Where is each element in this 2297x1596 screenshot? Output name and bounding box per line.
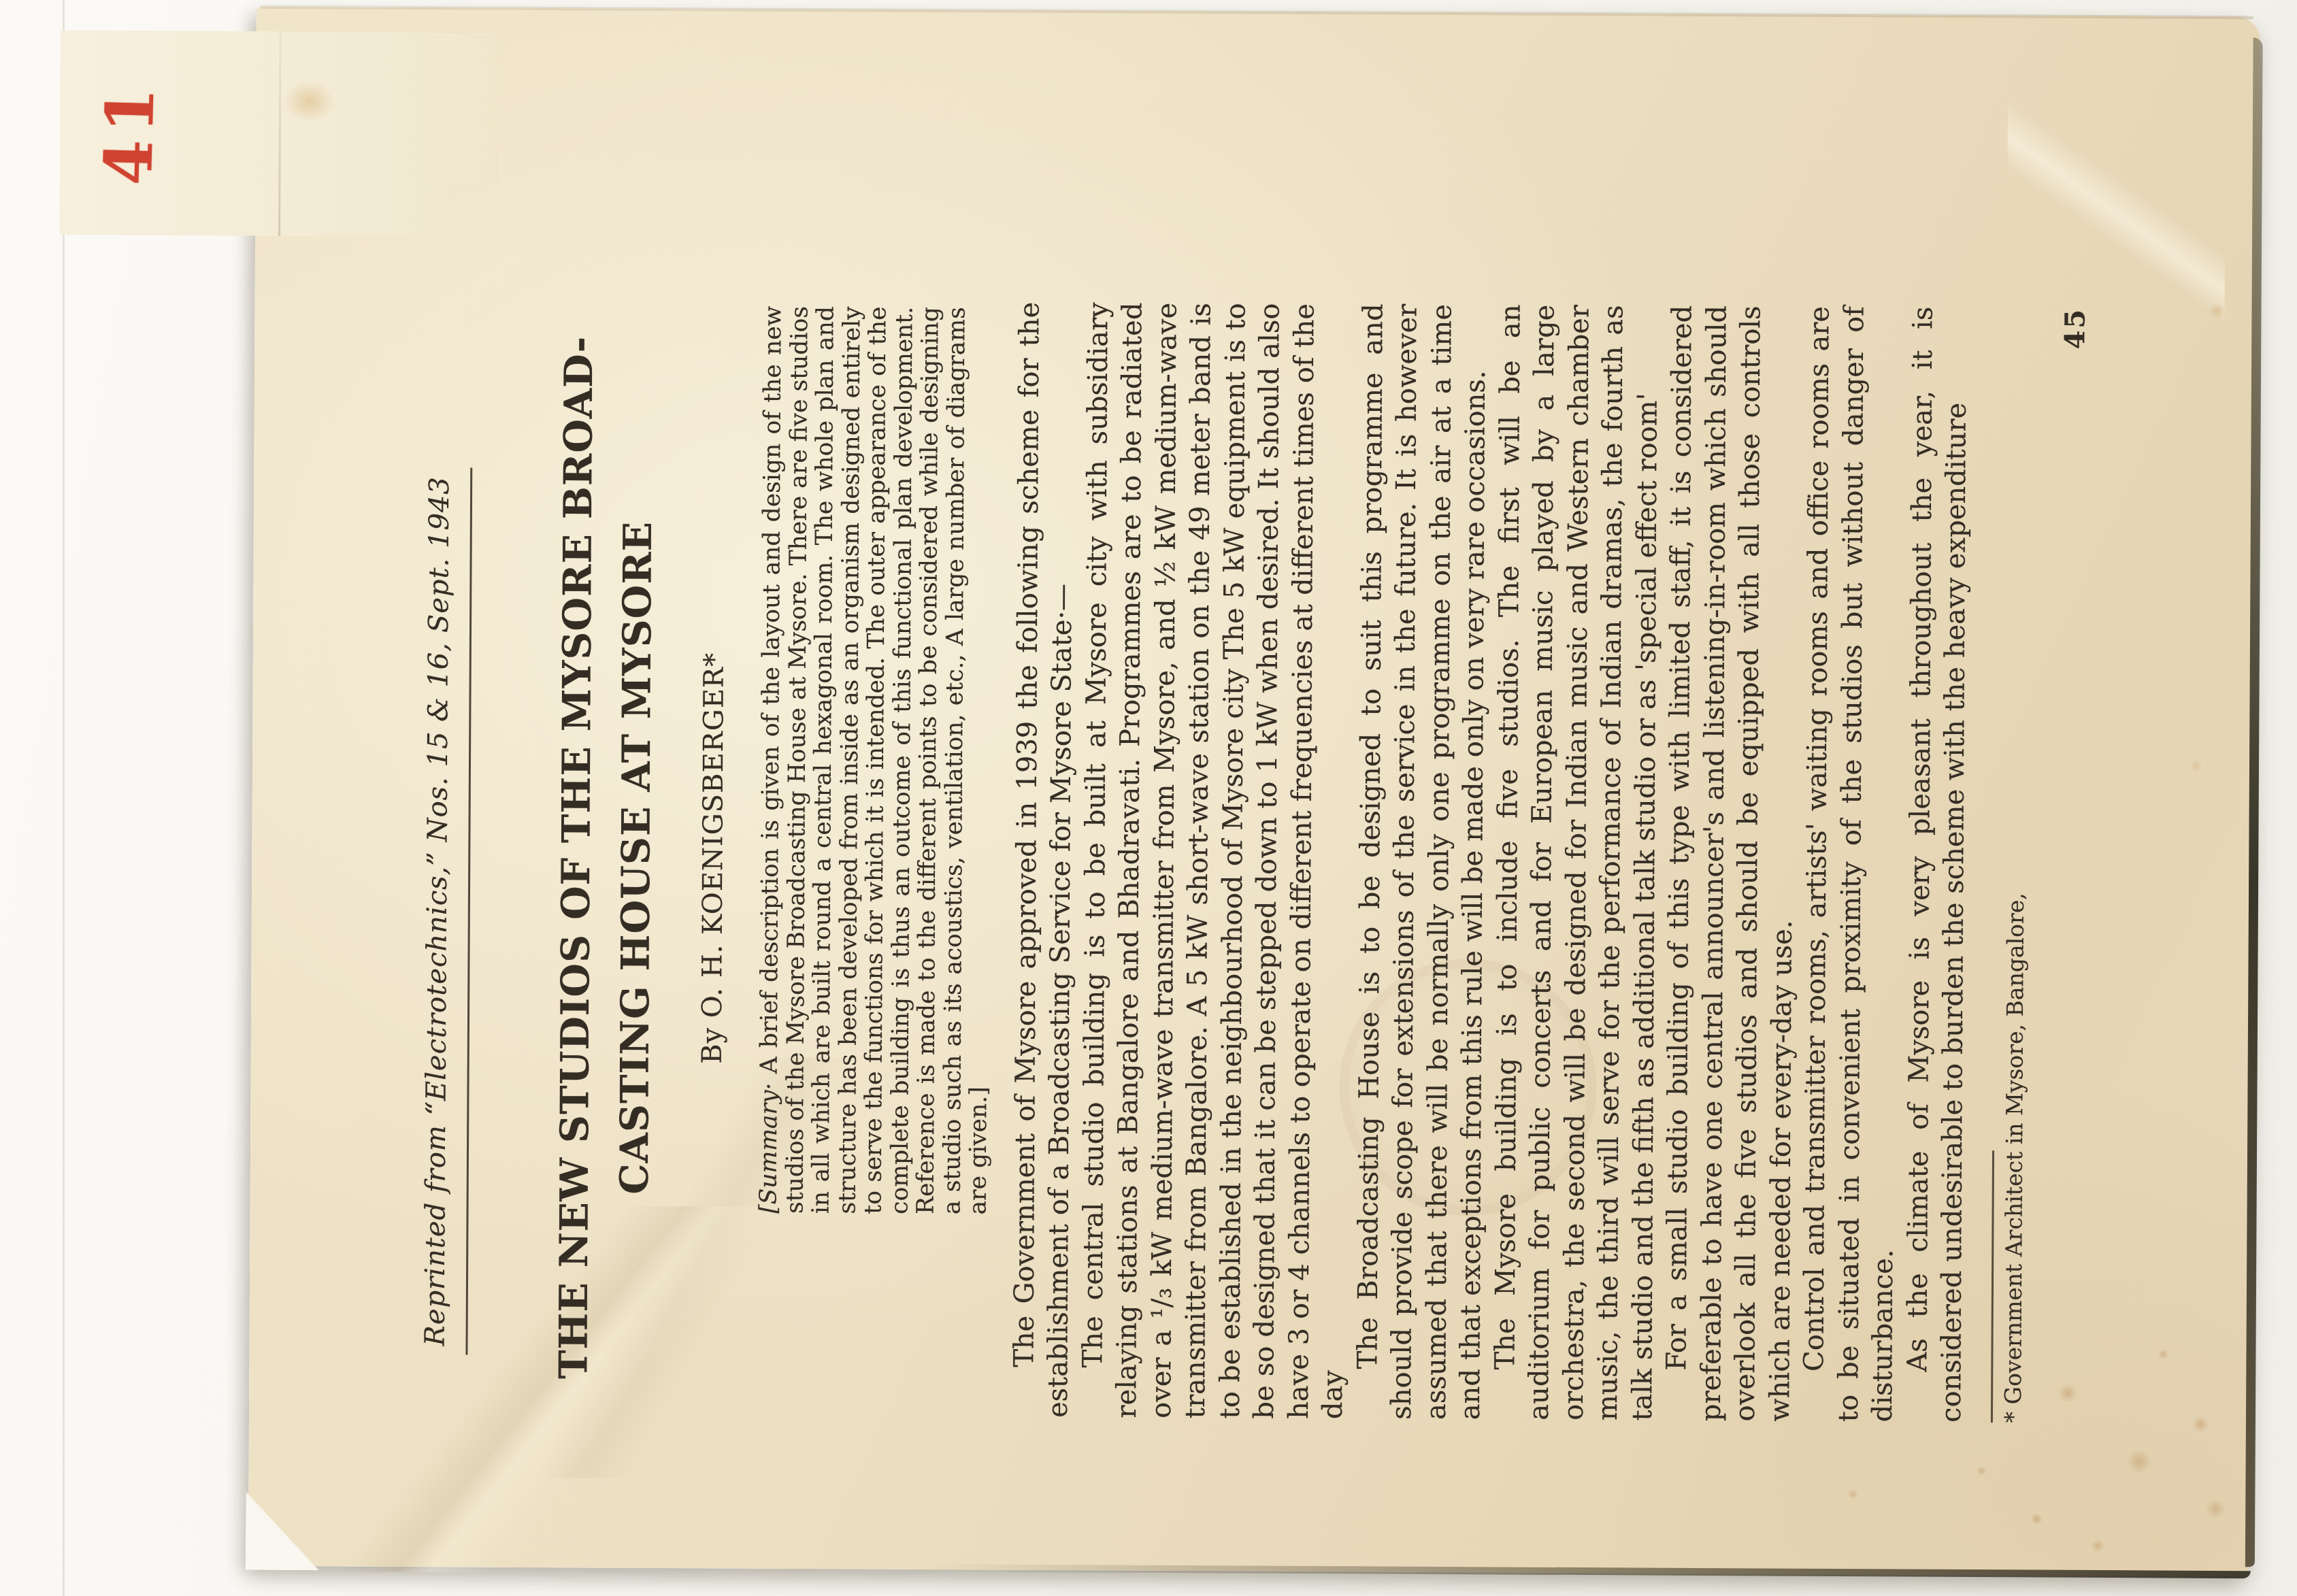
body-paragraph: The central studio building is to be bui… [1075,302,1356,1419]
body-paragraph: Control and transmitter rooms, artists' … [1797,306,1906,1423]
article-title: THE NEW STUDIOS OF THE MYSORE BROAD-CAST… [544,299,670,1416]
text-column: Reprinted from “Electrotechnics,” Nos. 1… [249,298,2032,1423]
body-paragraph: For a small studio building of this type… [1659,305,1803,1422]
article-title-line1: THE NEW STUDIOS OF THE MYSORE BROAD- [550,335,601,1379]
body-paragraph: The Mysore building is to include five s… [1487,304,1665,1420]
reprint-rule [465,468,472,1355]
summary-label: [Summary· [755,1082,783,1213]
byline: By O. H. KOENIGSBERGER* [695,300,732,1416]
tag-crease [278,31,282,236]
page-number: 45 [2059,307,2091,350]
footnote-rule [1990,1150,1994,1423]
body-paragraph: As the climate of Mysore is very pleasan… [1900,307,1974,1423]
summary-block: [Summary· A brief description is given o… [756,306,996,1215]
scanner-artifact-line [63,0,65,1596]
body-paragraph: The Broadcasting House is to be designed… [1350,303,1493,1420]
scan-background: 41 Reprinted from “Electrotechnics,” Nos… [0,0,2297,1596]
reprint-header: Reprinted from “Electrotechnics,” Nos. 1… [419,467,472,1354]
article-title-line2: CASTING HOUSE AT MYSORE [612,521,661,1195]
document-page: 41 Reprinted from “Electrotechnics,” Nos… [248,7,2260,1576]
tag-stain [283,81,335,122]
article-body: The Government of Mysore approved in 193… [1006,302,1974,1423]
footnote: * Government Architect in Mysore, Bangal… [1999,307,2032,1423]
summary-text: A brief description is given of the layo… [756,306,993,1215]
body-paragraph: The Government of Mysore approved in 193… [1006,302,1081,1418]
archive-tag-number: 41 [88,29,171,236]
reprint-line: Reprinted from “Electrotechnics,” Nos. 1… [419,467,455,1354]
archive-tag: 41 [59,30,497,237]
page-content-rotated: 41 Reprinted from “Electrotechnics,” Nos… [248,7,2260,1576]
